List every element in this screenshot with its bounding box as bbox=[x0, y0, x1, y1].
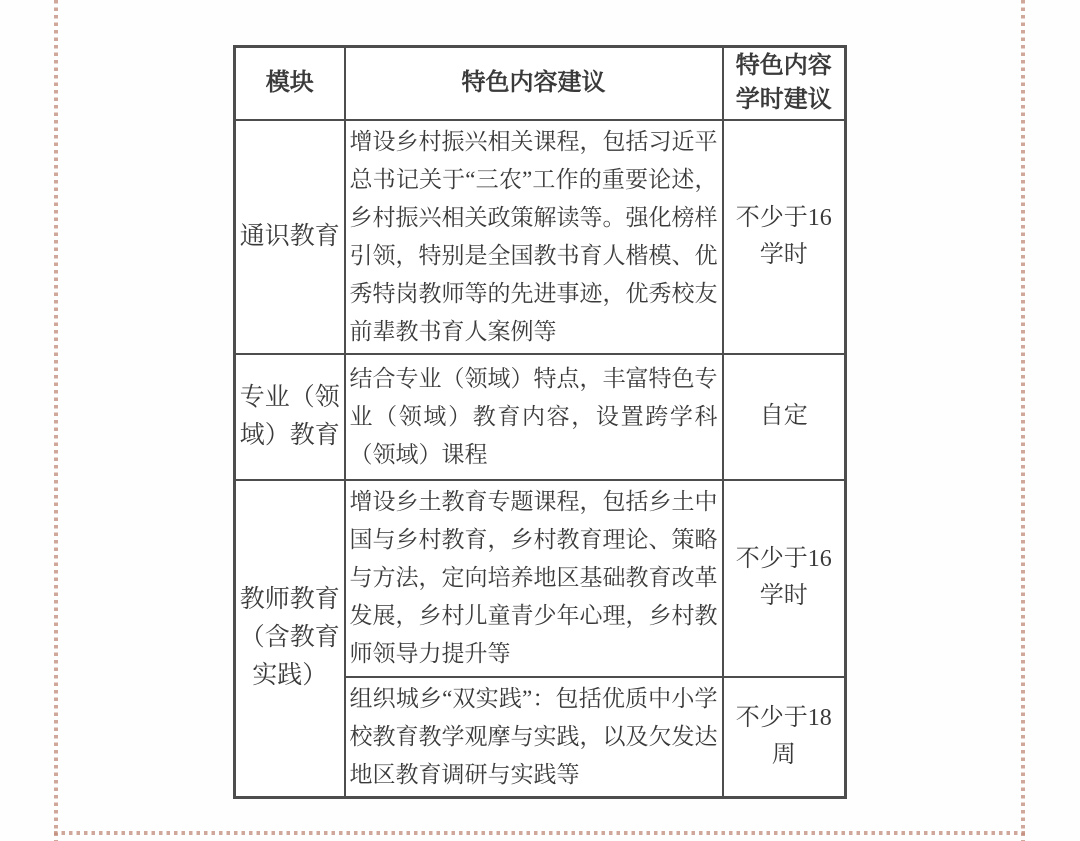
page-edge-left-dotted-line bbox=[54, 0, 58, 841]
content-cell: 增设乡土教育专题课程，包括乡土中国与乡村教育，乡村教育理论、策略与方法，定向培养… bbox=[345, 480, 723, 677]
content-cell: 组织城乡“双实践”：包括优质中小学校教育教学观摩与实践，以及欠发达地区教育调研与… bbox=[345, 677, 723, 798]
table-header-row: 模块 特色内容建议 特色内容学时建议 bbox=[235, 47, 846, 120]
module-cell: 专业（领域）教育 bbox=[235, 354, 345, 480]
content-cell: 增设乡村振兴相关课程，包括习近平总书记关于“三农”工作的重要论述，乡村振兴相关政… bbox=[345, 120, 723, 354]
header-cell-hours: 特色内容学时建议 bbox=[723, 47, 846, 120]
module-cell: 通识教育 bbox=[235, 120, 345, 354]
page-edge-right-dotted-line bbox=[1021, 0, 1025, 841]
header-cell-content: 特色内容建议 bbox=[345, 47, 723, 120]
hours-cell: 不少于16学时 bbox=[723, 120, 846, 354]
hours-cell: 不少于18周 bbox=[723, 677, 846, 798]
content-cell: 结合专业（领域）特点，丰富特色专业（领域）教育内容，设置跨学科（领域）课程 bbox=[345, 354, 723, 480]
table-row-major-education: 专业（领域）教育 结合专业（领域）特点，丰富特色专业（领域）教育内容，设置跨学科… bbox=[235, 354, 846, 480]
curriculum-modules-table: 模块 特色内容建议 特色内容学时建议 通识教育 增设乡村振兴相关课程，包括习近平… bbox=[233, 45, 847, 799]
page-edge-bottom-dotted-line bbox=[54, 831, 1025, 835]
module-cell-merged: 教师教育（含教育实践） bbox=[235, 480, 345, 798]
document-page: { "page": { "background": "#fefefe", "ed… bbox=[0, 0, 1080, 841]
table-row-general-education: 通识教育 增设乡村振兴相关课程，包括习近平总书记关于“三农”工作的重要论述，乡村… bbox=[235, 120, 846, 354]
header-cell-module: 模块 bbox=[235, 47, 345, 120]
hours-cell: 不少于16学时 bbox=[723, 480, 846, 677]
table-row-teacher-education-1: 教师教育（含教育实践） 增设乡土教育专题课程，包括乡土中国与乡村教育，乡村教育理… bbox=[235, 480, 846, 677]
hours-cell: 自定 bbox=[723, 354, 846, 480]
